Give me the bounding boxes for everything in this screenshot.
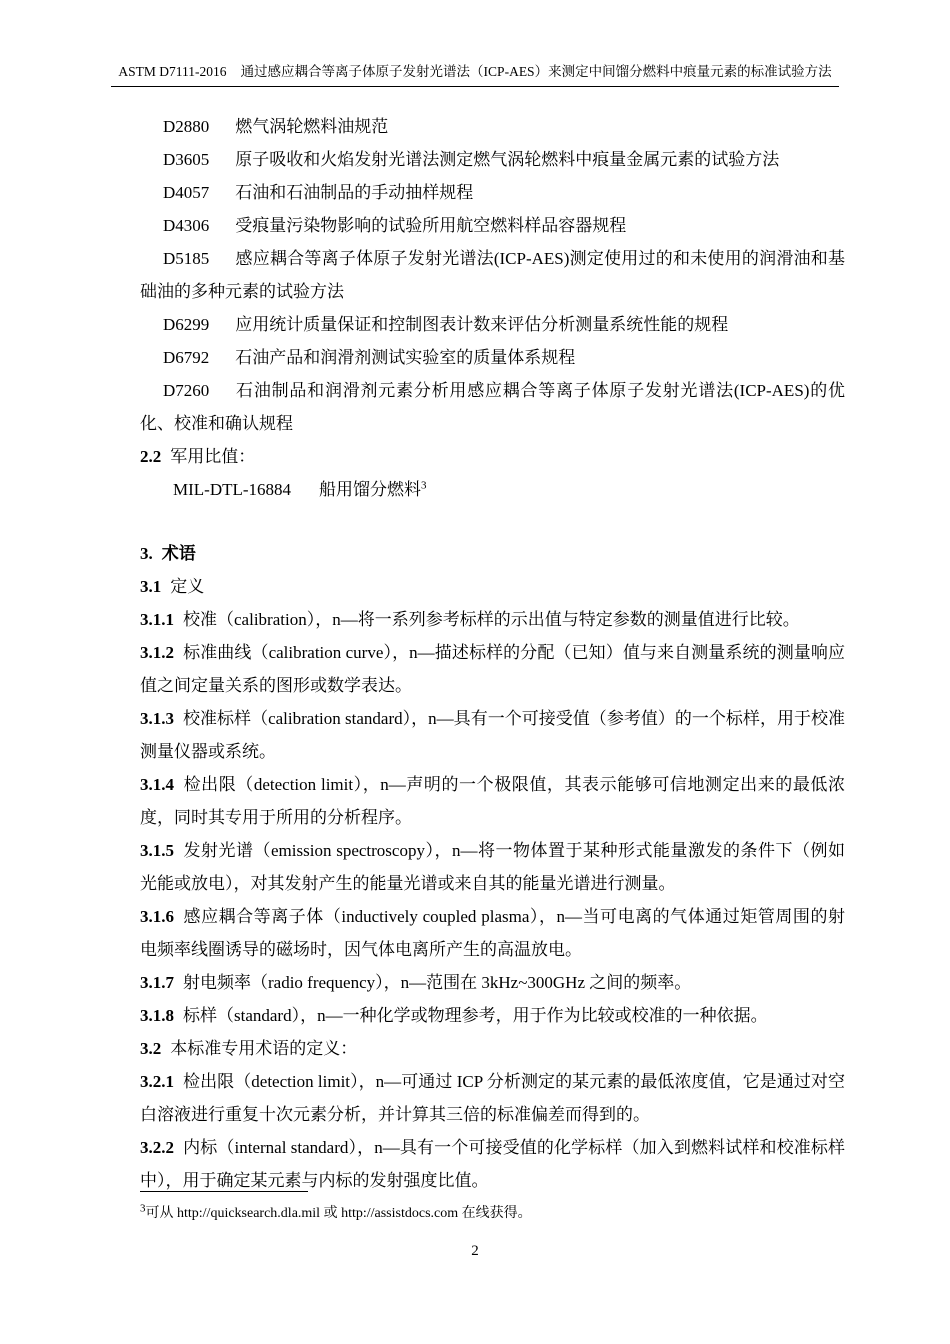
heading-number: 3.: [140, 544, 153, 563]
heading-title: 术语: [162, 544, 196, 563]
footnote-text: 可从 http://quicksearch.dla.mil 或 http://a…: [146, 1206, 532, 1221]
term-text: 校准标样（calibration standard），n—具有一个可接受值（参考…: [140, 709, 845, 761]
term-text: 检出限（detection limit），n—声明的一个极限值，其表示能够可信地…: [140, 775, 845, 827]
reference-code: D4306: [163, 216, 209, 235]
reference-item: D6792石油产品和润滑剂测试实验室的质量体系规程: [140, 341, 845, 374]
reference-title: 应用统计质量保证和控制图表计数来评估分析测量系统性能的规程: [235, 315, 728, 334]
term-item: 3.1定义: [140, 570, 845, 603]
footnote-separator-rule: [140, 1191, 308, 1192]
term-item: 3.1.1校准（calibration），n—将一系列参考标样的示出值与特定参数…: [140, 603, 845, 636]
page-header-underlined-text: ASTM D7111-2016通过感应耦合等离子体原子发射光谱法（ICP-AES…: [111, 62, 838, 87]
reference-item: D5185感应耦合等离子体原子发射光谱法(ICP-AES)测定使用过的和未使用的…: [140, 242, 845, 308]
term-number: 3.1: [140, 577, 161, 596]
footnote-area: 3可从 http://quicksearch.dla.mil 或 http://…: [140, 1191, 845, 1224]
term-item: 3.2本标准专用术语的定义：: [140, 1032, 845, 1065]
term-number: 3.2: [140, 1039, 161, 1058]
document-page: ASTM D7111-2016通过感应耦合等离子体原子发射光谱法（ICP-AES…: [0, 0, 950, 1344]
term-number: 3.1.6: [140, 907, 174, 926]
term-item: 3.2.1检出限（detection limit），n—可通过 ICP 分析测定…: [140, 1065, 845, 1131]
term-text: 感应耦合等离子体（inductively coupled plasma），n—当…: [140, 907, 845, 959]
reference-title: 石油制品和润滑剂元素分析用感应耦合等离子体原子发射光谱法(ICP-AES)的优化…: [140, 381, 845, 433]
term-item: 3.1.3校准标样（calibration standard），n—具有一个可接…: [140, 702, 845, 768]
term-number: 3.1.7: [140, 973, 174, 992]
reference-item: D4306受痕量污染物影响的试验所用航空燃料样品容器规程: [140, 209, 845, 242]
header-standard-code: ASTM D7111-2016: [118, 64, 226, 79]
reference-title: 石油和石油制品的手动抽样规程: [235, 183, 473, 202]
reference-item: D7260石油制品和润滑剂元素分析用感应耦合等离子体原子发射光谱法(ICP-AE…: [140, 374, 845, 440]
reference-item: D3605原子吸收和火焰发射光谱法测定燃气涡轮燃料中痕量金属元素的试验方法: [140, 143, 845, 176]
term-number: 3.1.8: [140, 1006, 174, 1025]
document-body: D2880燃气涡轮燃料油规范 D3605原子吸收和火焰发射光谱法测定燃气涡轮燃料…: [140, 110, 845, 1197]
section-3-heading: 3.术语: [140, 537, 845, 570]
mil-reference-title: 船用馏分燃料: [319, 480, 421, 499]
footnote-marker-superscript: 3: [421, 479, 427, 491]
reference-code: D7260: [163, 381, 209, 400]
page-header: ASTM D7111-2016通过感应耦合等离子体原子发射光谱法（ICP-AES…: [0, 62, 950, 87]
term-text: 检出限（detection limit），n—可通过 ICP 分析测定的某元素的…: [140, 1072, 845, 1124]
term-text: 本标准专用术语的定义：: [170, 1039, 357, 1058]
term-text: 发射光谱（emission spectroscopy），n—将一物体置于某种形式…: [140, 841, 845, 893]
term-number: 3.1.1: [140, 610, 174, 629]
reference-code: D2880: [163, 117, 209, 136]
reference-title: 感应耦合等离子体原子发射光谱法(ICP-AES)测定使用过的和未使用的润滑油和基…: [140, 249, 845, 301]
section-number: 2.2: [140, 447, 161, 466]
term-text: 校准（calibration），n—将一系列参考标样的示出值与特定参数的测量值进…: [183, 610, 800, 629]
reference-code: D4057: [163, 183, 209, 202]
term-item: 3.1.6感应耦合等离子体（inductively coupled plasma…: [140, 900, 845, 966]
reference-title: 燃气涡轮燃料油规范: [235, 117, 388, 136]
mil-reference-item: MIL-DTL-16884船用馏分燃料3: [140, 473, 845, 506]
reference-code: D3605: [163, 150, 209, 169]
header-document-title: 通过感应耦合等离子体原子发射光谱法（ICP-AES）来测定中间馏分燃料中痕量元素…: [241, 64, 832, 79]
reference-code: D6792: [163, 348, 209, 367]
reference-item: D4057石油和石油制品的手动抽样规程: [140, 176, 845, 209]
term-text: 标准曲线（calibration curve），n—描述标样的分配（已知）值与来…: [140, 643, 845, 695]
section-text: 军用比值：: [170, 447, 255, 466]
reference-title: 石油产品和润滑剂测试实验室的质量体系规程: [235, 348, 575, 367]
footnote-text-line: 3可从 http://quicksearch.dla.mil 或 http://…: [140, 1204, 845, 1224]
term-number: 3.1.4: [140, 775, 174, 794]
term-item: 3.2.2内标（internal standard），n—具有一个可接受值的化学…: [140, 1131, 845, 1197]
term-item: 3.1.2标准曲线（calibration curve），n—描述标样的分配（已…: [140, 636, 845, 702]
reference-item: D2880燃气涡轮燃料油规范: [140, 110, 845, 143]
page-number: 2: [0, 1242, 950, 1260]
term-text: 射电频率（radio frequency），n—范围在 3kHz~300GHz …: [183, 973, 691, 992]
term-text: 内标（internal standard），n—具有一个可接受值的化学标样（加入…: [140, 1138, 845, 1190]
term-item: 3.1.5发射光谱（emission spectroscopy），n—将一物体置…: [140, 834, 845, 900]
reference-title: 受痕量污染物影响的试验所用航空燃料样品容器规程: [235, 216, 626, 235]
reference-code: D5185: [163, 249, 209, 268]
term-number: 3.1.3: [140, 709, 174, 728]
reference-code: D6299: [163, 315, 209, 334]
term-number: 3.2.1: [140, 1072, 174, 1091]
reference-item: D6299应用统计质量保证和控制图表计数来评估分析测量系统性能的规程: [140, 308, 845, 341]
term-item: 3.1.7射电频率（radio frequency），n—范围在 3kHz~30…: [140, 966, 845, 999]
section-2-2: 2.2军用比值：: [140, 440, 845, 473]
reference-title: 原子吸收和火焰发射光谱法测定燃气涡轮燃料中痕量金属元素的试验方法: [235, 150, 779, 169]
term-text: 标样（standard），n—一种化学或物理参考，用于作为比较或校准的一种依据。: [183, 1006, 768, 1025]
term-number: 3.1.2: [140, 643, 174, 662]
term-item: 3.1.8标样（standard），n—一种化学或物理参考，用于作为比较或校准的…: [140, 999, 845, 1032]
term-number: 3.1.5: [140, 841, 174, 860]
term-item: 3.1.4检出限（detection limit），n—声明的一个极限值，其表示…: [140, 768, 845, 834]
term-number: 3.2.2: [140, 1138, 174, 1157]
term-text: 定义: [170, 577, 204, 596]
mil-reference-code: MIL-DTL-16884: [173, 480, 291, 499]
